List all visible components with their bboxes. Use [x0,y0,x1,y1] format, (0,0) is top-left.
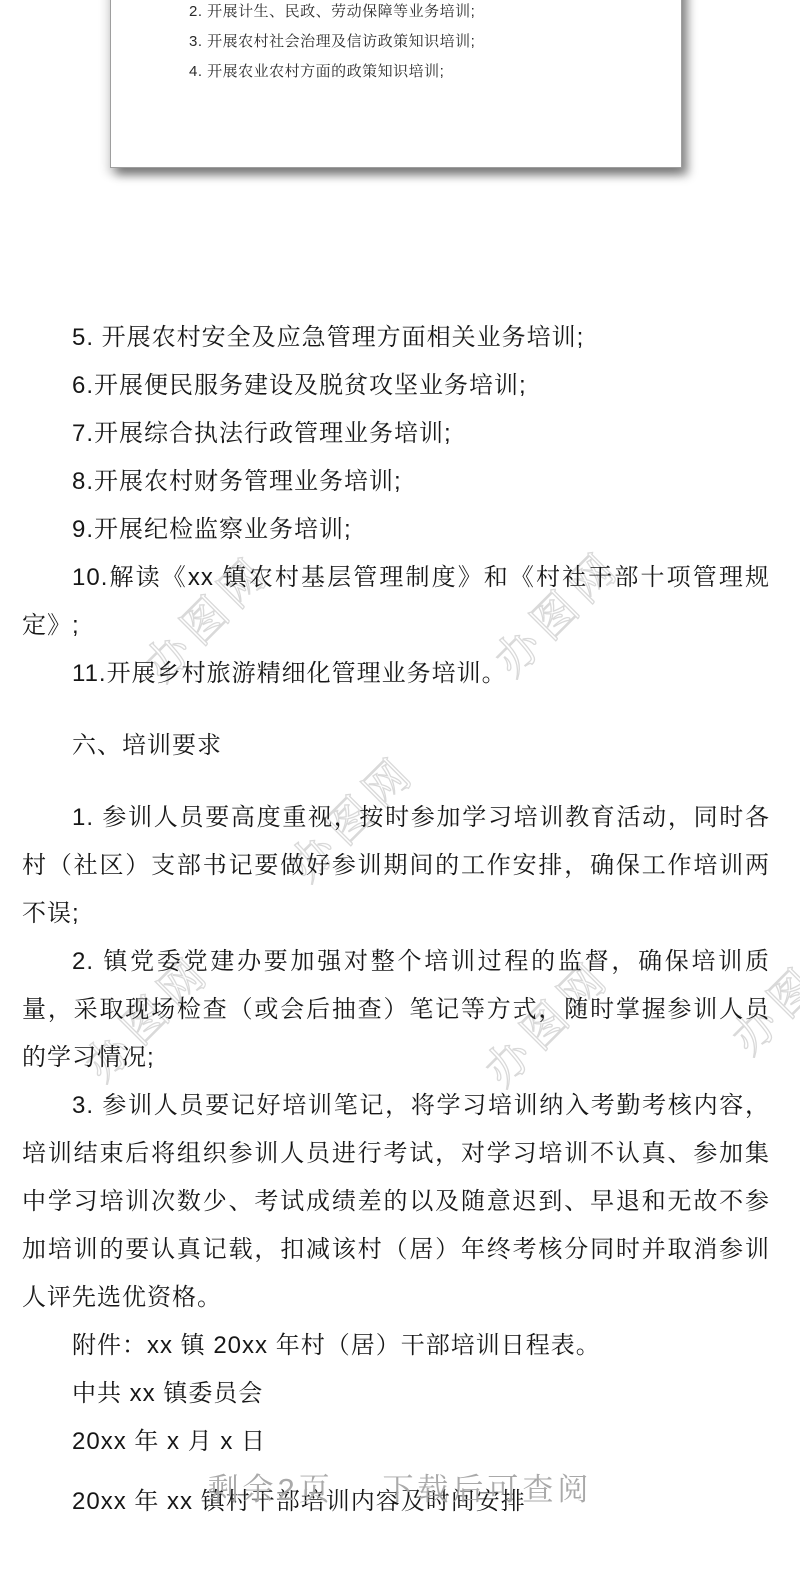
list-item: 3. 开展农村社会治理及信访政策知识培训; [189,27,671,57]
page1-preview-text: 2. 开展计生、民政、劳动保障等业务培训; 3. 开展农村社会治理及信访政策知识… [111,0,681,87]
list-item: 2. 开展计生、民政、劳动保障等业务培训; [189,0,671,27]
list-item: 8.开展农村财务管理业务培训; [22,458,770,506]
signature-line: 中共 xx 镇委员会 [22,1370,770,1418]
remaining-pages-label: 剩余2页 [208,1472,334,1507]
section-heading: 六、培训要求 [22,722,770,770]
list-item: 5. 开展农村安全及应急管理方面相关业务培训; [22,314,770,362]
list-item: 9.开展纪检监察业务培训; [22,506,770,554]
list-item: 11.开展乡村旅游精细化管理业务培训。 [22,650,770,698]
paragraph: 3. 参训人员要记好培训笔记，将学习培训纳入考勤考核内容，培训结束后将组织参训人… [22,1082,770,1322]
date-line: 20xx 年 x 月 x 日 [22,1418,770,1466]
list-item: 10.解读《xx 镇农村基层管理制度》和《村社干部十项管理规定》; [22,554,770,650]
document-body: 5. 开展农村安全及应急管理方面相关业务培训; 6.开展便民服务建设及脱贫攻坚业… [0,314,800,1526]
remaining-pages-banner: 剩余2页 下载后可查阅 [0,1462,800,1518]
page1-preview-card: 2. 开展计生、民政、劳动保障等业务培训; 3. 开展农村社会治理及信访政策知识… [110,0,682,168]
attachment-line: 附件：xx 镇 20xx 年村（居）干部培训日程表。 [22,1322,770,1370]
list-item: 6.开展便民服务建设及脱贫攻坚业务培训; [22,362,770,410]
paragraph: 1. 参训人员要高度重视，按时参加学习培训教育活动，同时各村（社区）支部书记要做… [22,794,770,938]
download-hint-label: 下载后可查阅 [382,1472,592,1507]
paragraph: 2. 镇党委党建办要加强对整个培训过程的监督，确保培训质量，采取现场检查（或会后… [22,938,770,1082]
list-item: 7.开展综合执法行政管理业务培训; [22,410,770,458]
list-item: 4. 开展农业农村方面的政策知识培训; [189,57,671,87]
